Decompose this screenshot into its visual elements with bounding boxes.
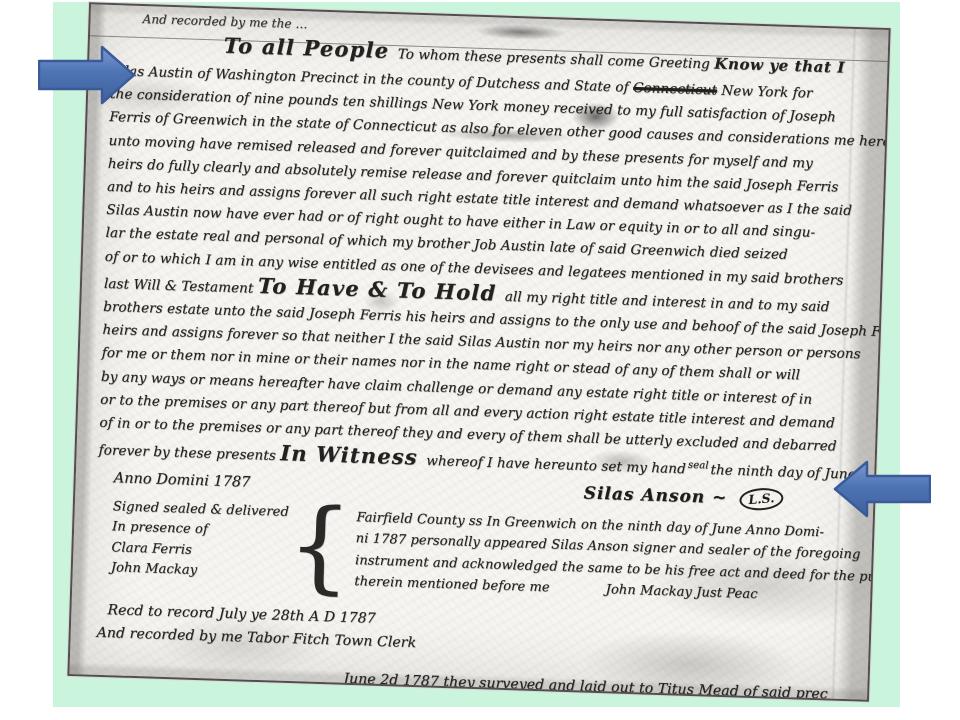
handwriting-text: forever by these presents	[98, 443, 280, 465]
witness-line: John Mackay	[110, 558, 287, 584]
signature-group: Silas Anson ~ L.S.	[583, 482, 783, 510]
handwriting-text: To whom these presents shall come Greeti…	[397, 46, 714, 72]
scanned-deed-document: And recorded by me the …To all People To…	[67, 2, 890, 702]
big-script-text: In Witness	[280, 440, 427, 470]
struck-out-text: Connecticut	[633, 80, 717, 99]
attestation-row: Signed sealed & delivered In presence of…	[94, 496, 864, 609]
handwriting-text: whereof I have hereunto set my hand	[426, 453, 686, 477]
block-arrow-right-icon	[38, 45, 136, 105]
handwriting-text: New York for	[717, 83, 813, 102]
document-text: And recorded by me the …To all People To…	[69, 4, 888, 699]
handwriting-text: And recorded by me the …	[142, 12, 308, 31]
slide: And recorded by me the …To all People To…	[0, 0, 960, 720]
anno-domini-date: Anno Domini 1787	[113, 470, 250, 490]
handwriting-text: last Will & Testament	[104, 276, 258, 297]
notary-text: Fairfield County ss In Greenwich on the …	[354, 505, 891, 611]
handwriting-text: seal	[688, 460, 709, 472]
notary-block: { Fairfield County ss In Greenwich on th…	[286, 503, 890, 611]
notary-brace: {	[286, 501, 353, 591]
notary-signer: John Mackay Just Peac	[605, 579, 758, 605]
witness-block: Signed sealed & delivered In presence of…	[110, 497, 289, 591]
seal-ls: L.S.	[739, 486, 785, 511]
block-arrow-left-icon	[833, 461, 931, 518]
record-block: Recd to record July ye 28th A D 1787 And…	[92, 598, 861, 669]
signature-name: Silas Anson ~	[583, 483, 727, 508]
handwriting-text: Know ye that I	[714, 54, 845, 76]
big-script-text: To all People	[223, 33, 398, 64]
